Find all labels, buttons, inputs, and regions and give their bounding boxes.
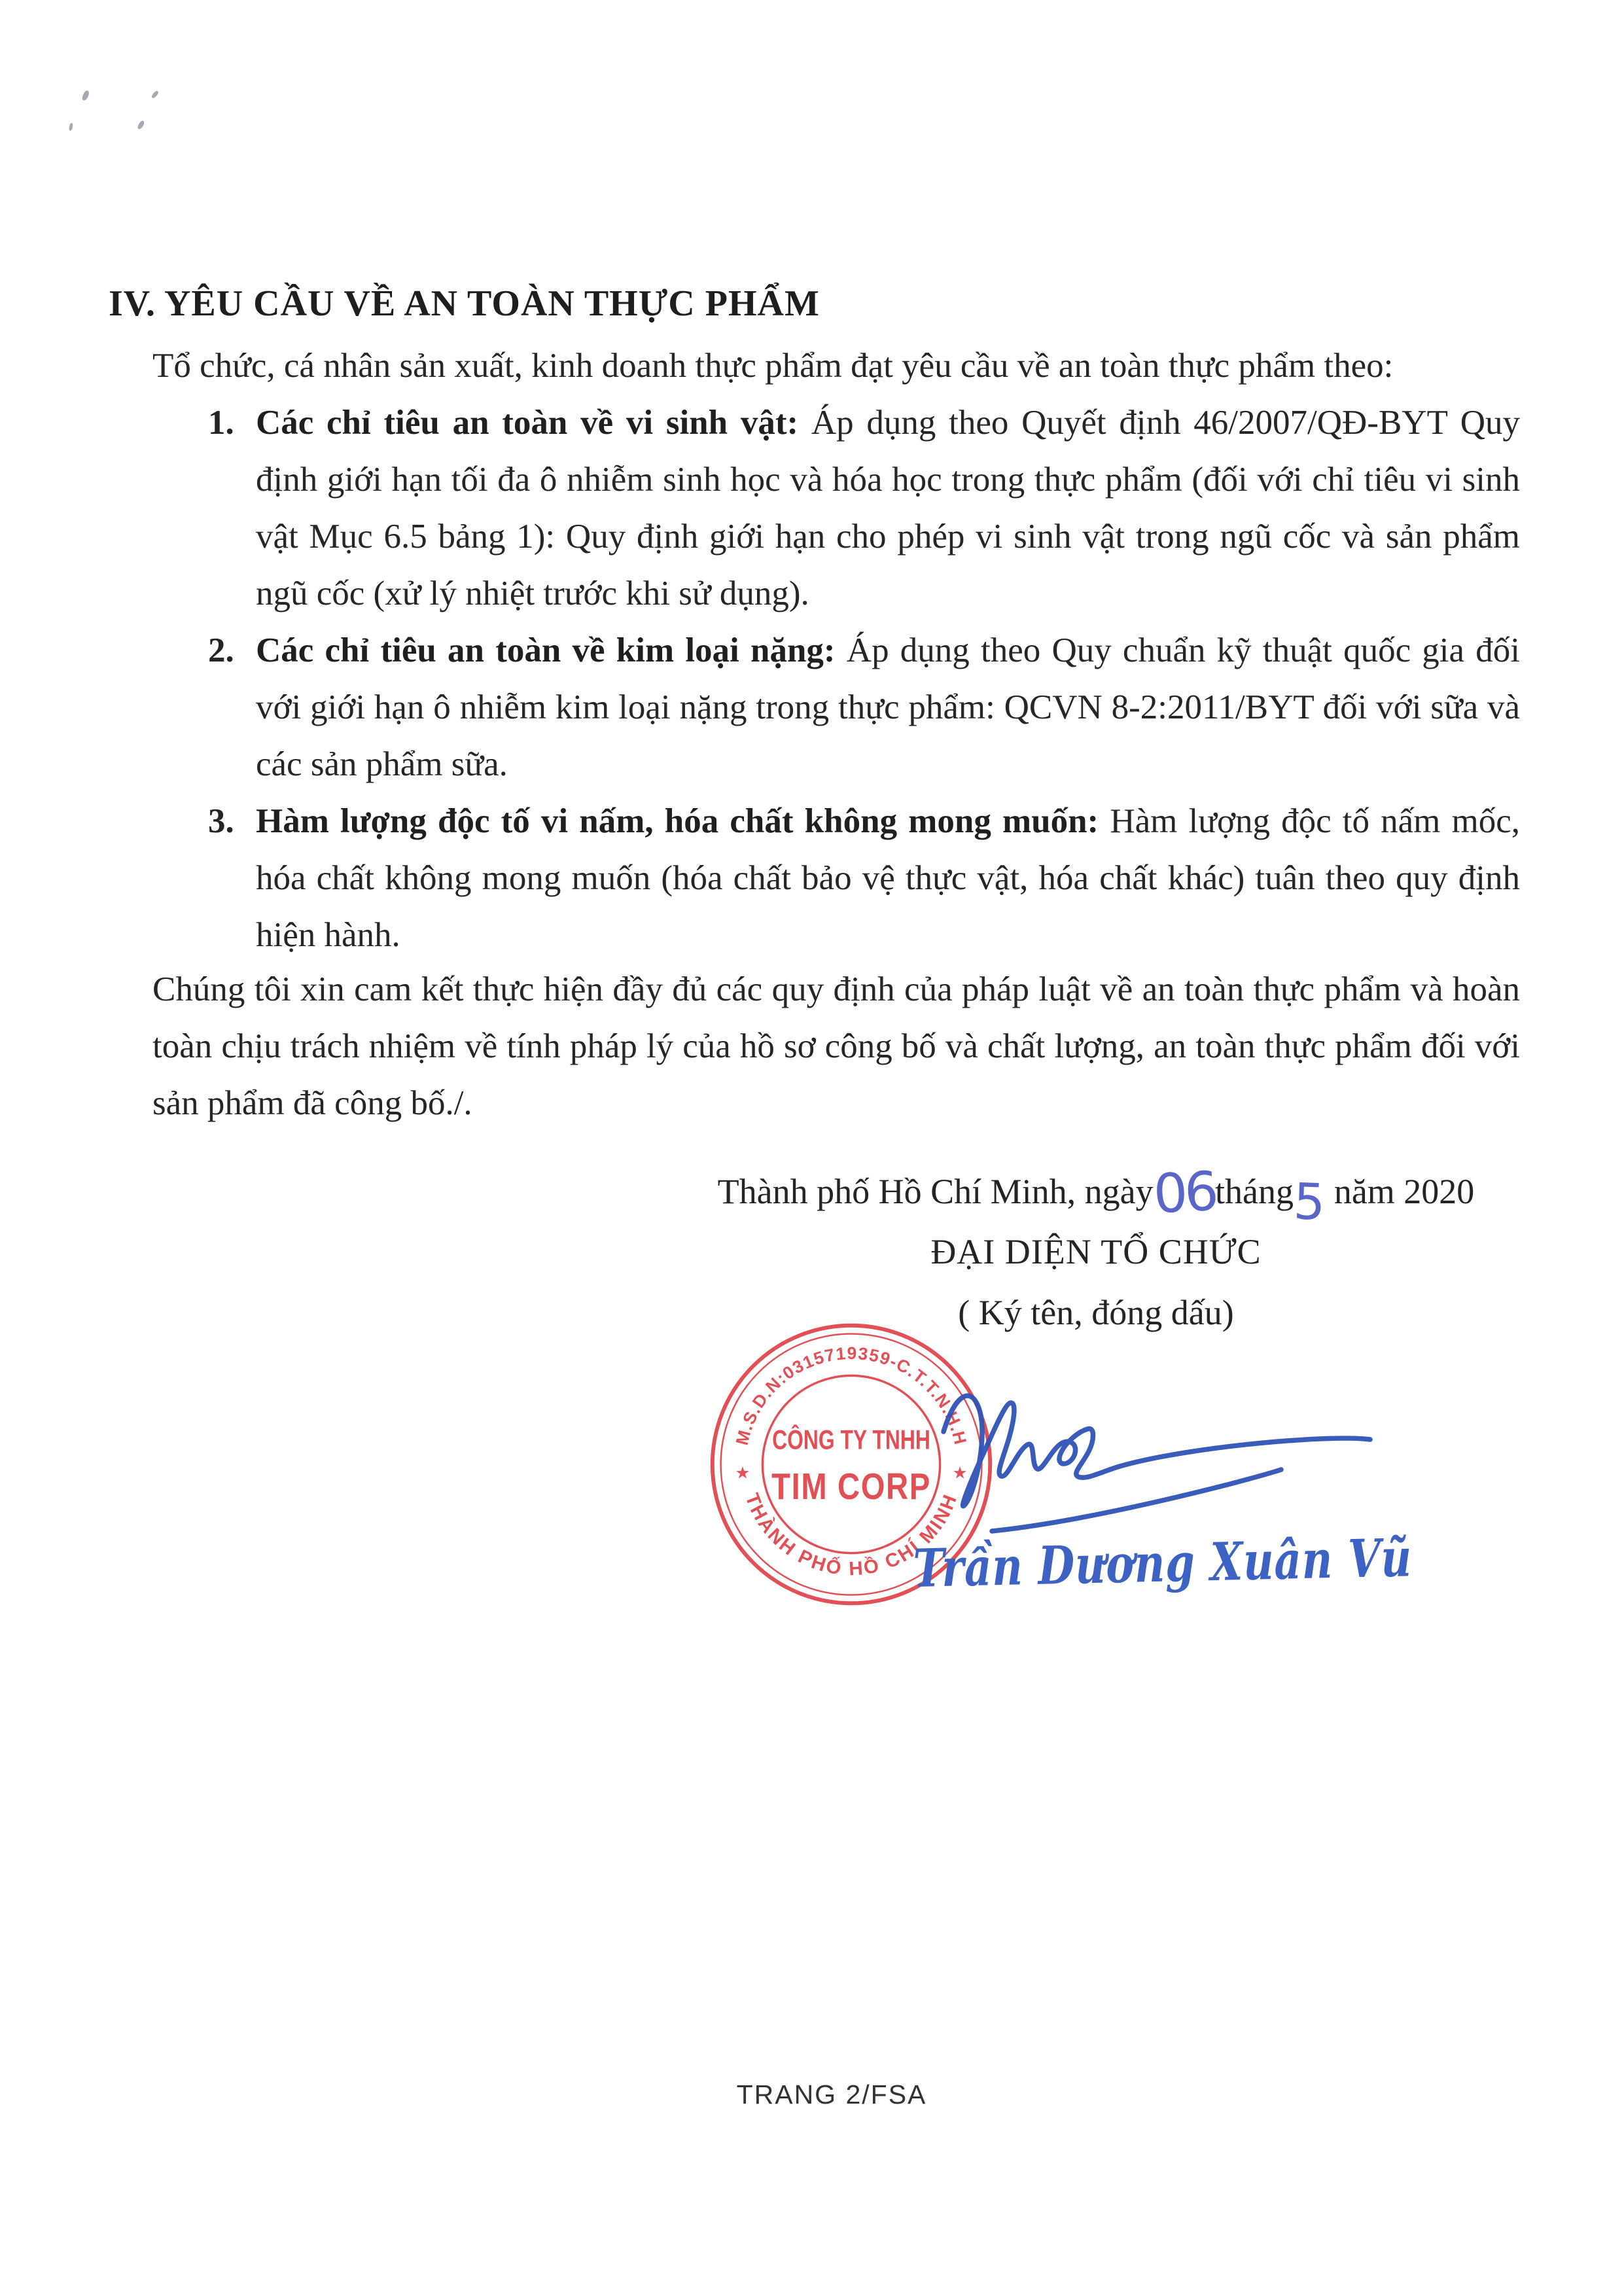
signer-name: Trần Dương Xuân Vũ [913, 1527, 1413, 1599]
list-item-number: 2. [208, 622, 234, 679]
commitment-paragraph: Chúng tôi xin cam kết thực hiện đầy đủ c… [152, 961, 1520, 1132]
date-prefix: Thành phố Hồ Chí Minh, ngày [718, 1172, 1154, 1211]
stamp-company-type: CÔNG TY TNHH [772, 1424, 930, 1455]
month-word: tháng [1215, 1172, 1294, 1211]
section-heading: IV. YÊU CẦU VỀ AN TOÀN THỰC PHẨM [109, 285, 820, 322]
signature-underline [992, 1470, 1281, 1531]
signature-flourish [944, 1396, 1370, 1506]
stamp-inner-ring [762, 1375, 940, 1553]
list-item-lead: Các chỉ tiêu an toàn về vi sinh vật: [256, 404, 798, 442]
scanned-document-page: IV. YÊU CẦU VỀ AN TOÀN THỰC PHẨM Tổ chức… [0, 0, 1624, 2296]
list-item-lead: Các chỉ tiêu an toàn về kim loại nặng: [256, 631, 836, 669]
list-item: 1. Các chỉ tiêu an toàn về vi sinh vật: … [208, 395, 1520, 622]
list-item: 3. Hàm lượng độc tố vi nấm, hóa chất khô… [208, 793, 1520, 964]
scan-speck [151, 90, 160, 99]
stamp-company-name: TIM CORP [771, 1466, 931, 1508]
list-item-text: Các chỉ tiêu an toàn về kim loại nặng: Á… [256, 622, 1520, 793]
representative-title: ĐẠI DIỆN TỔ CHỨC [667, 1229, 1525, 1275]
page-footer: TRANG 2/FSA [0, 2079, 1624, 2110]
scan-speck [137, 120, 145, 130]
scan-speck [69, 123, 73, 132]
handwritten-day: 06 [1154, 1192, 1215, 1195]
scan-speck [81, 90, 90, 101]
date-line: Thành phố Hồ Chí Minh, ngày06tháng5 năm … [667, 1169, 1525, 1214]
list-item-lead: Hàm lượng độc tố vi nấm, hóa chất không … [256, 802, 1099, 840]
list-item-number: 1. [208, 395, 234, 451]
intro-paragraph: Tổ chức, cá nhân sản xuất, kinh doanh th… [152, 338, 1520, 395]
list-item-text: Các chỉ tiêu an toàn về vi sinh vật: Áp … [256, 395, 1520, 622]
stamp-left-star-icon: ★ [735, 1464, 750, 1483]
list-item-text: Hàm lượng độc tố vi nấm, hóa chất không … [256, 793, 1520, 964]
list-item-number: 3. [208, 793, 234, 850]
handwritten-month: 5 [1294, 1201, 1325, 1203]
year-part: năm 2020 [1325, 1172, 1474, 1211]
list-item: 2. Các chỉ tiêu an toàn về kim loại nặng… [208, 622, 1520, 793]
closing-block: Thành phố Hồ Chí Minh, ngày06tháng5 năm … [667, 1169, 1525, 1335]
